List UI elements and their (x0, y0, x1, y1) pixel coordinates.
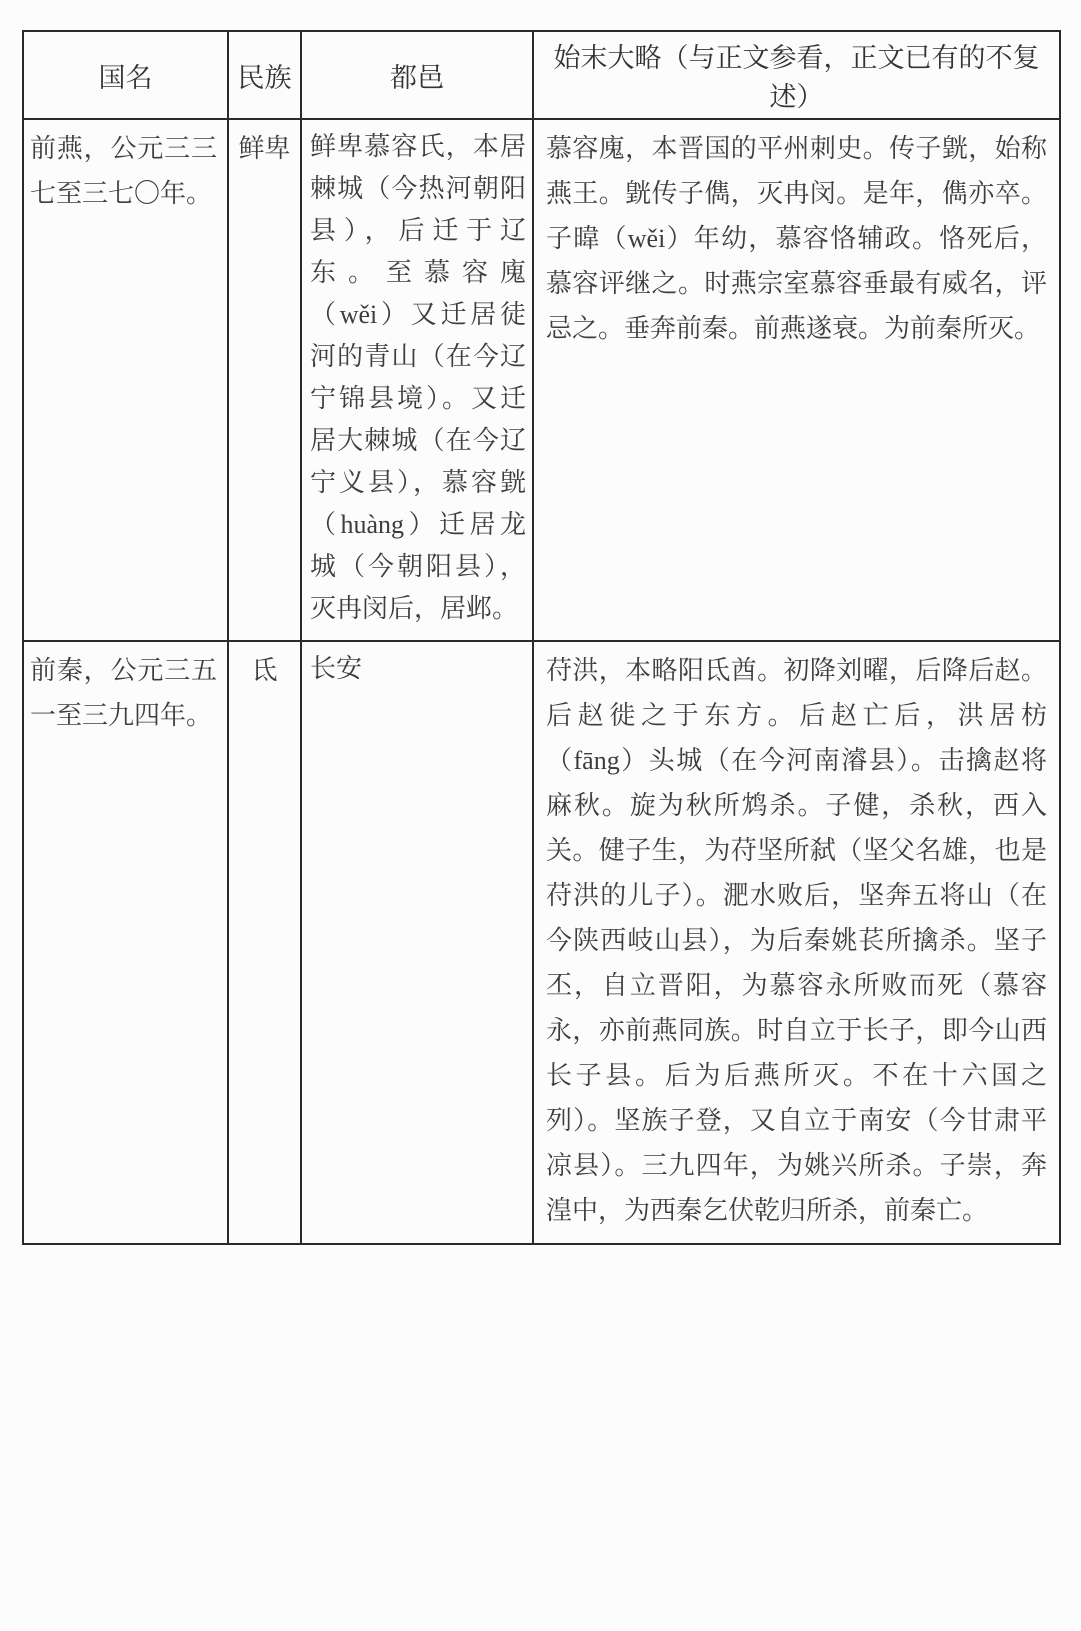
cell-ethnicity: 氐 (228, 641, 301, 1244)
header-summary: 始末大略（与正文参看，正文已有的不复述） (533, 31, 1060, 119)
table-header-row: 国名 民族 都邑 始末大略（与正文参看，正文已有的不复述） (23, 31, 1060, 119)
table-row-qianyan: 前燕，公元三三七至三七〇年。 鲜卑 鲜卑慕容氏，本居棘城（今热河朝阳县），后迁于… (23, 119, 1060, 641)
cell-ethnicity: 鲜卑 (228, 119, 301, 641)
header-ethnicity: 民族 (228, 31, 301, 119)
cell-capital: 长安 (301, 641, 533, 1244)
cell-country: 前燕，公元三三七至三七〇年。 (23, 119, 228, 641)
table-row-qianqin: 前秦，公元三五一至三九四年。 氐 长安 苻洪，本略阳氐酋。初降刘曜，后降后赵。后… (23, 641, 1060, 1244)
cell-capital: 鲜卑慕容氏，本居棘城（今热河朝阳县），后迁于辽东。至慕容廆（wěi）又迁居徒河的… (301, 119, 533, 641)
header-capital: 都邑 (301, 31, 533, 119)
cell-country: 前秦，公元三五一至三九四年。 (23, 641, 228, 1244)
cell-summary: 慕容廆，本晋国的平州刺史。传子皝，始称燕王。皝传子儁，灭冉闵。是年，儁亦卒。子暐… (533, 119, 1060, 641)
document-page: 国名 民族 都邑 始末大略（与正文参看，正文已有的不复述） 前燕，公元三三七至三… (0, 0, 1081, 1631)
header-country: 国名 (23, 31, 228, 119)
sixteen-kingdoms-table: 国名 民族 都邑 始末大略（与正文参看，正文已有的不复述） 前燕，公元三三七至三… (22, 30, 1061, 1245)
cell-summary: 苻洪，本略阳氐酋。初降刘曜，后降后赵。后赵徙之于东方。后赵亡后，洪居枋（fāng… (533, 641, 1060, 1244)
